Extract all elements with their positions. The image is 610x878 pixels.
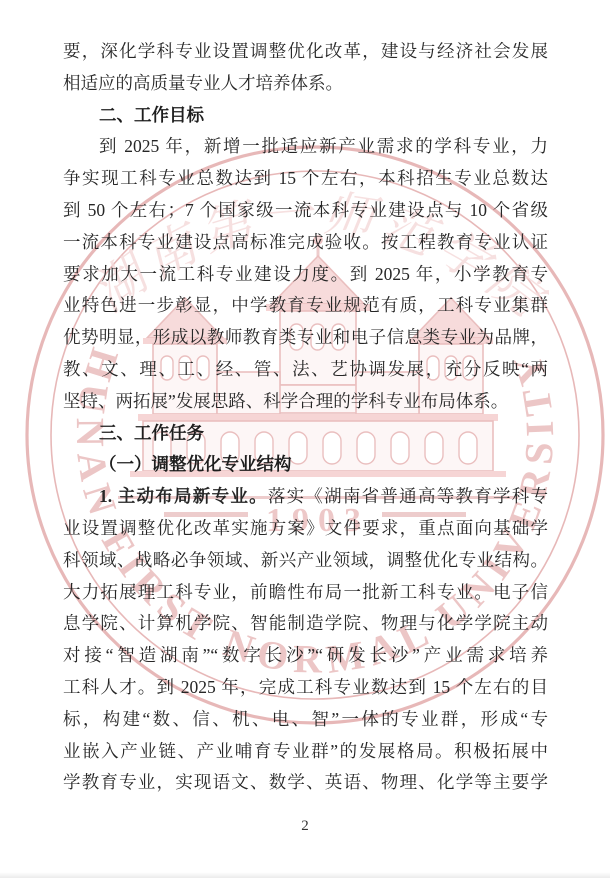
text-line: 教、文、理、工、经、管、法、艺协调发展，充分反映“两 — [63, 354, 548, 386]
text-line: 学教育专业，实现语文、数学、英语、物理、化学等主要学 — [63, 767, 548, 799]
text-line: 坚持、两拓展”发展思路、科学合理的学科专业布局体系。 — [63, 386, 548, 418]
scan-edge-shadow — [0, 872, 610, 878]
page-number: 2 — [0, 818, 610, 835]
text-line: 息学院、计算机学院、智能制造学院、物理与化学学院主动 — [63, 608, 548, 640]
text-line: 业特色进一步彰显，中学教育专业规范有质，工科专业集群 — [63, 290, 548, 322]
heading-line: 二、工作目标 — [63, 100, 548, 132]
text-line: 一流本科专业建设点高标准完成验收。按工程教育专业认证 — [63, 227, 548, 259]
text-line: 到 2025 年，新增一批适应新产业需求的学科专业，力 — [63, 131, 548, 163]
document-page: { "page": { "number": "2", "background_c… — [0, 0, 610, 878]
text-line: 科领域、战略必争领域、新兴产业领域，调整优化专业结构。 — [63, 545, 548, 577]
text-line: 业设置调整优化改革实施方案》文件要求，重点面向基础学 — [63, 513, 548, 545]
text-line: 1. 主动布局新专业。落实《湖南省普通高等教育学科专 — [63, 481, 548, 513]
heading-line: （一）调整优化专业结构 — [63, 449, 548, 481]
text-line: 要求加大一流工科专业建设力度。到 2025 年，小学教育专 — [63, 259, 548, 291]
text-line: 大力拓展理工科专业，前瞻性布局一批新工科专业。电子信 — [63, 577, 548, 609]
text-line: 要，深化学科专业设置调整优化改革，建设与经济社会发展 — [63, 36, 548, 68]
heading-line: 三、工作任务 — [63, 418, 548, 450]
text-line: 优势明显，形成以教师教育类专业和电子信息类专业为品牌， — [63, 322, 548, 354]
text-line: 对接“智造湖南”“数字长沙”“研发长沙”产业需求培养 — [63, 640, 548, 672]
text-line: 争实现工科专业总数达到 15 个左右，本科招生专业总数达 — [63, 163, 548, 195]
text-line: 相适应的高质量专业人才培养体系。 — [63, 68, 548, 100]
text-line: 到 50 个左右；7 个国家级一流本科专业建设点与 10 个省级 — [63, 195, 548, 227]
text-line: 工科人才。到 2025 年，完成工科专业数达到 15 个左右的目 — [63, 672, 548, 704]
text-line: 业嵌入产业链、产业哺育专业群”的发展格局。积极拓展中 — [63, 736, 548, 768]
document-body: 要，深化学科专业设置调整优化改革，建设与经济社会发展相适应的高质量专业人才培养体… — [63, 36, 548, 799]
text-line: 标，构建“数、信、机、电、智”一体的专业群，形成“专 — [63, 704, 548, 736]
